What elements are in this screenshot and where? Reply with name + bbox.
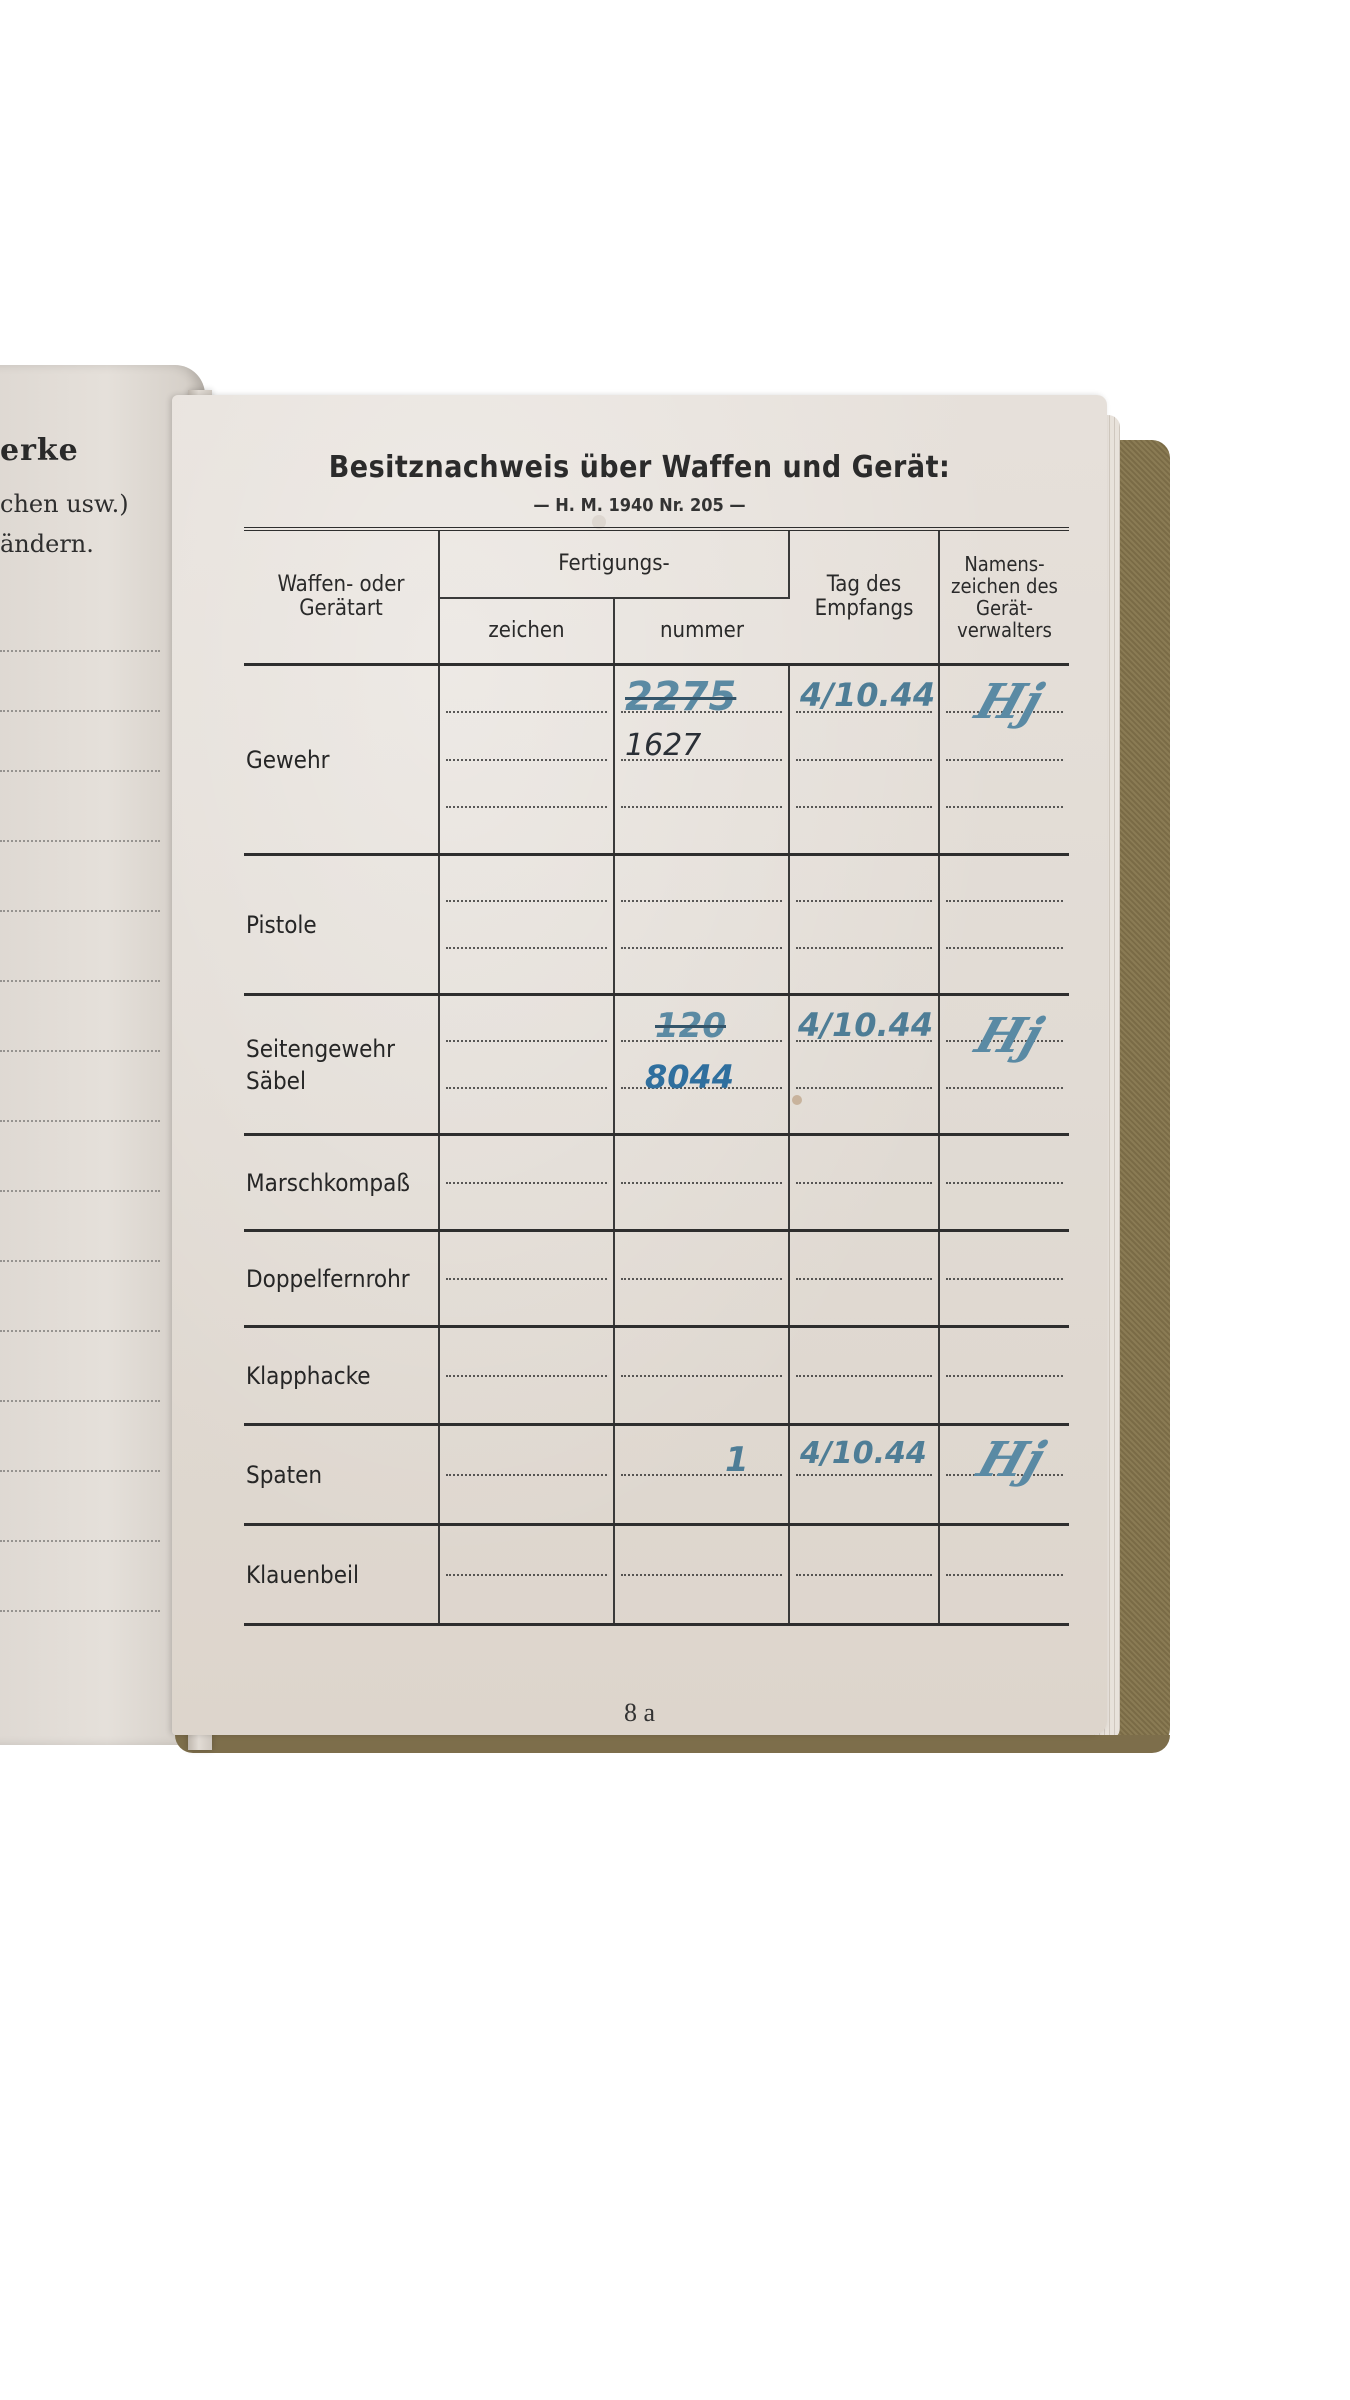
struck-serial-number: 2275	[625, 674, 736, 720]
table-row-seitengewehr: Seitengewehr Säbel 120 8044 4/10.44	[244, 995, 1069, 1135]
item-label: Klauenbeil	[244, 1561, 359, 1589]
table-row-klauenbeil: Klauenbeil	[244, 1525, 1069, 1625]
table-row-pistole: Pistole	[244, 855, 1069, 995]
cell-signature: Hj	[939, 665, 1069, 855]
cell-date: 4/10.44	[789, 1425, 939, 1525]
left-page-line-2: ändern.	[0, 530, 94, 558]
header-item-type: Waffen- oder Gerätart	[244, 531, 439, 665]
left-page-dotted-line	[0, 1120, 160, 1122]
item-label: Gewehr	[244, 746, 330, 774]
table-row-gewehr: Gewehr 2275 1627 4/10.44	[244, 665, 1069, 855]
left-page-line-1: chen usw.)	[0, 490, 129, 518]
left-page-dotted-line	[0, 1540, 160, 1542]
item-label: Pistole	[244, 911, 317, 939]
left-page-dotted-line	[0, 1330, 160, 1332]
cell-number: 2275 1627	[614, 665, 789, 855]
serial-number: 1627	[625, 728, 701, 763]
left-page-dotted-line	[0, 1190, 160, 1192]
quantity: 1	[725, 1440, 749, 1480]
cell-signature: Hj	[939, 1425, 1069, 1525]
header-number: nummer	[614, 598, 789, 665]
header-mark: zeichen	[439, 598, 614, 665]
cell-signature: Hj	[939, 995, 1069, 1135]
left-page-dotted-line	[0, 650, 160, 652]
cell-number: 120 8044	[614, 995, 789, 1135]
header-signature: Namens- zeichen des Gerät- verwalters	[939, 531, 1069, 665]
left-page-dotted-line	[0, 770, 160, 772]
table-row-doppelfernrohr: Doppelfernrohr	[244, 1231, 1069, 1327]
book-cover-bottom	[175, 1735, 1170, 1753]
left-page-dotted-line	[0, 1610, 160, 1612]
cell-mark	[439, 665, 614, 855]
date-received: 4/10.44	[800, 1436, 927, 1471]
left-page-dotted-line	[0, 1260, 160, 1262]
left-page-dotted-line	[0, 1470, 160, 1472]
left-page-dotted-line	[0, 1050, 160, 1052]
cell-number: 1	[614, 1425, 789, 1525]
header-date-received: Tag des Empfangs	[789, 531, 939, 665]
serial-number: 8044	[645, 1058, 734, 1096]
item-label: Doppelfernrohr	[244, 1265, 410, 1293]
struck-serial-number: 120	[655, 1006, 726, 1046]
cell-date: 4/10.44	[789, 665, 939, 855]
table-row-spaten: Spaten 1 4/10.44 Hj	[244, 1425, 1069, 1525]
document-subtitle: — H. M. 1940 Nr. 205 —	[172, 495, 1107, 516]
item-label: Marschkompaß	[244, 1169, 410, 1197]
left-page-dotted-line	[0, 910, 160, 912]
table-row-marschkompass: Marschkompaß	[244, 1135, 1069, 1231]
date-received: 4/10.44	[798, 1006, 933, 1044]
item-label: Spaten	[244, 1461, 322, 1489]
page-number: 8 a	[172, 1698, 1107, 1728]
document-page: Besitznachweis über Waffen und Gerät: — …	[172, 395, 1107, 1735]
item-label-line-1: Seitengewehr	[244, 1033, 438, 1065]
left-page-dotted-line	[0, 710, 160, 712]
left-page-dotted-line	[0, 980, 160, 982]
table-row-klapphacke: Klapphacke	[244, 1327, 1069, 1425]
left-page-dotted-line	[0, 840, 160, 842]
cell-date: 4/10.44	[789, 995, 939, 1135]
left-page-dotted-line	[0, 1400, 160, 1402]
item-label-line-2: Säbel	[244, 1065, 438, 1097]
header-manufacture-group: Fertigungs-	[439, 531, 789, 598]
left-page-title-fragment: erke	[0, 433, 79, 468]
equipment-table: Waffen- oder Gerätart Fertigungs- Tag de…	[244, 527, 1069, 1626]
document-title: Besitznachweis über Waffen und Gerät:	[172, 450, 1107, 485]
item-label: Klapphacke	[244, 1362, 371, 1390]
date-received: 4/10.44	[800, 676, 935, 714]
